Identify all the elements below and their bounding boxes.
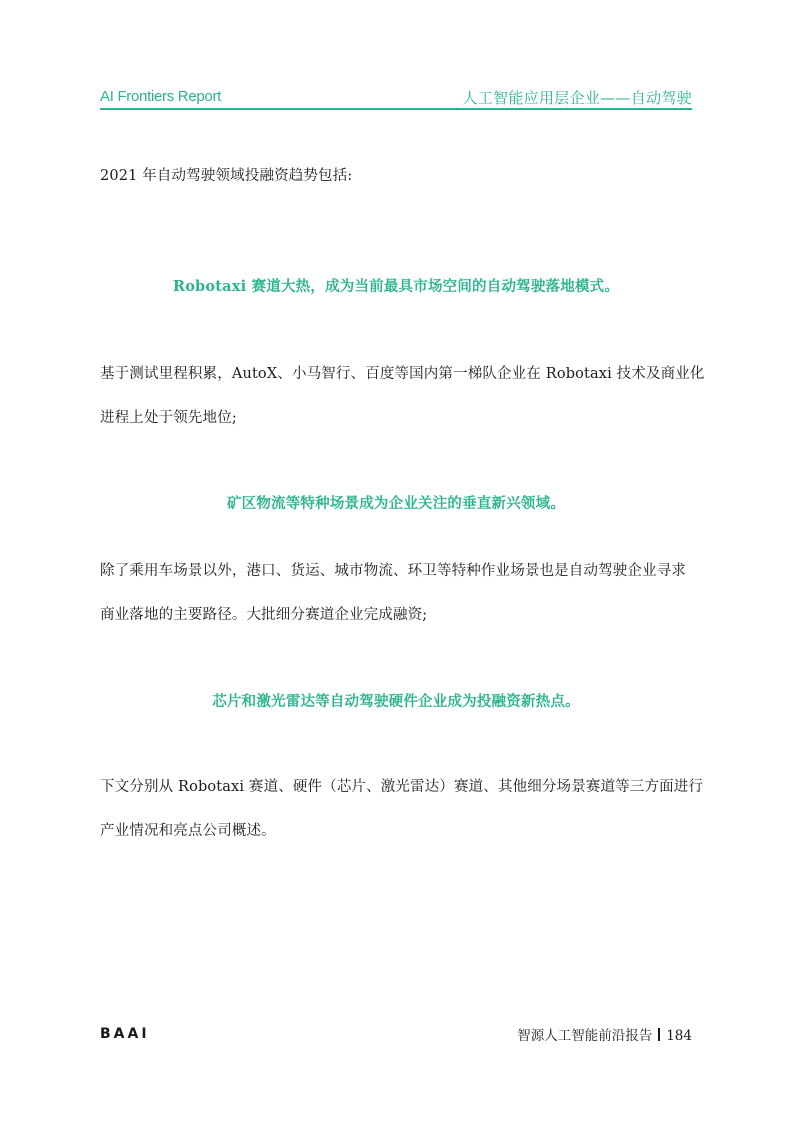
section-robotaxi-line-1: 基于测试里程积累，AutoX、小马智行、百度等国内第一梯队企业在 Robotax… <box>100 364 692 384</box>
chapter-title: 人工智能应用层企业——自动驾驶 <box>462 87 692 108</box>
closing-line-2: 产业情况和亮点公司概述。 <box>100 821 692 841</box>
report-title: AI Frontiers Report <box>100 88 221 105</box>
section-robotaxi-line-2: 进程上处于领先地位; <box>100 408 692 428</box>
baai-logo: BAAI <box>100 1026 150 1042</box>
closing-line-1: 下文分别从 Robotaxi 赛道、硬件（芯片、激光雷达）赛道、其他细分场景赛道… <box>100 777 692 797</box>
section-heading-hardware: 芯片和激光雷达等自动驾驶硬件企业成为投融资新热点。 <box>100 690 692 711</box>
page-number: 184 <box>666 1028 692 1044</box>
section-heading-robotaxi: Robotaxi 赛道大热，成为当前最具市场空间的自动驾驶落地模式。 <box>100 275 692 296</box>
section-special-line-1: 除了乘用车场景以外，港口、货运、城市物流、环卫等特种作业场景也是自动驾驶企业寻求 <box>100 561 692 581</box>
section-heading-special-scenarios: 矿区物流等特种场景成为企业关注的垂直新兴领域。 <box>100 492 692 513</box>
footer-separator <box>658 1028 660 1041</box>
intro-paragraph: 2021 年自动驾驶领域投融资趋势包括: <box>100 166 692 186</box>
footer-report-name: 智源人工智能前沿报告 <box>517 1028 652 1044</box>
section-special-line-2: 商业落地的主要路径。大批细分赛道企业完成融资; <box>100 605 692 625</box>
page-footer: 智源人工智能前沿报告184 <box>517 1024 692 1044</box>
page-header: AI Frontiers Report 人工智能应用层企业——自动驾驶 <box>100 86 692 110</box>
header-divider <box>100 108 692 110</box>
